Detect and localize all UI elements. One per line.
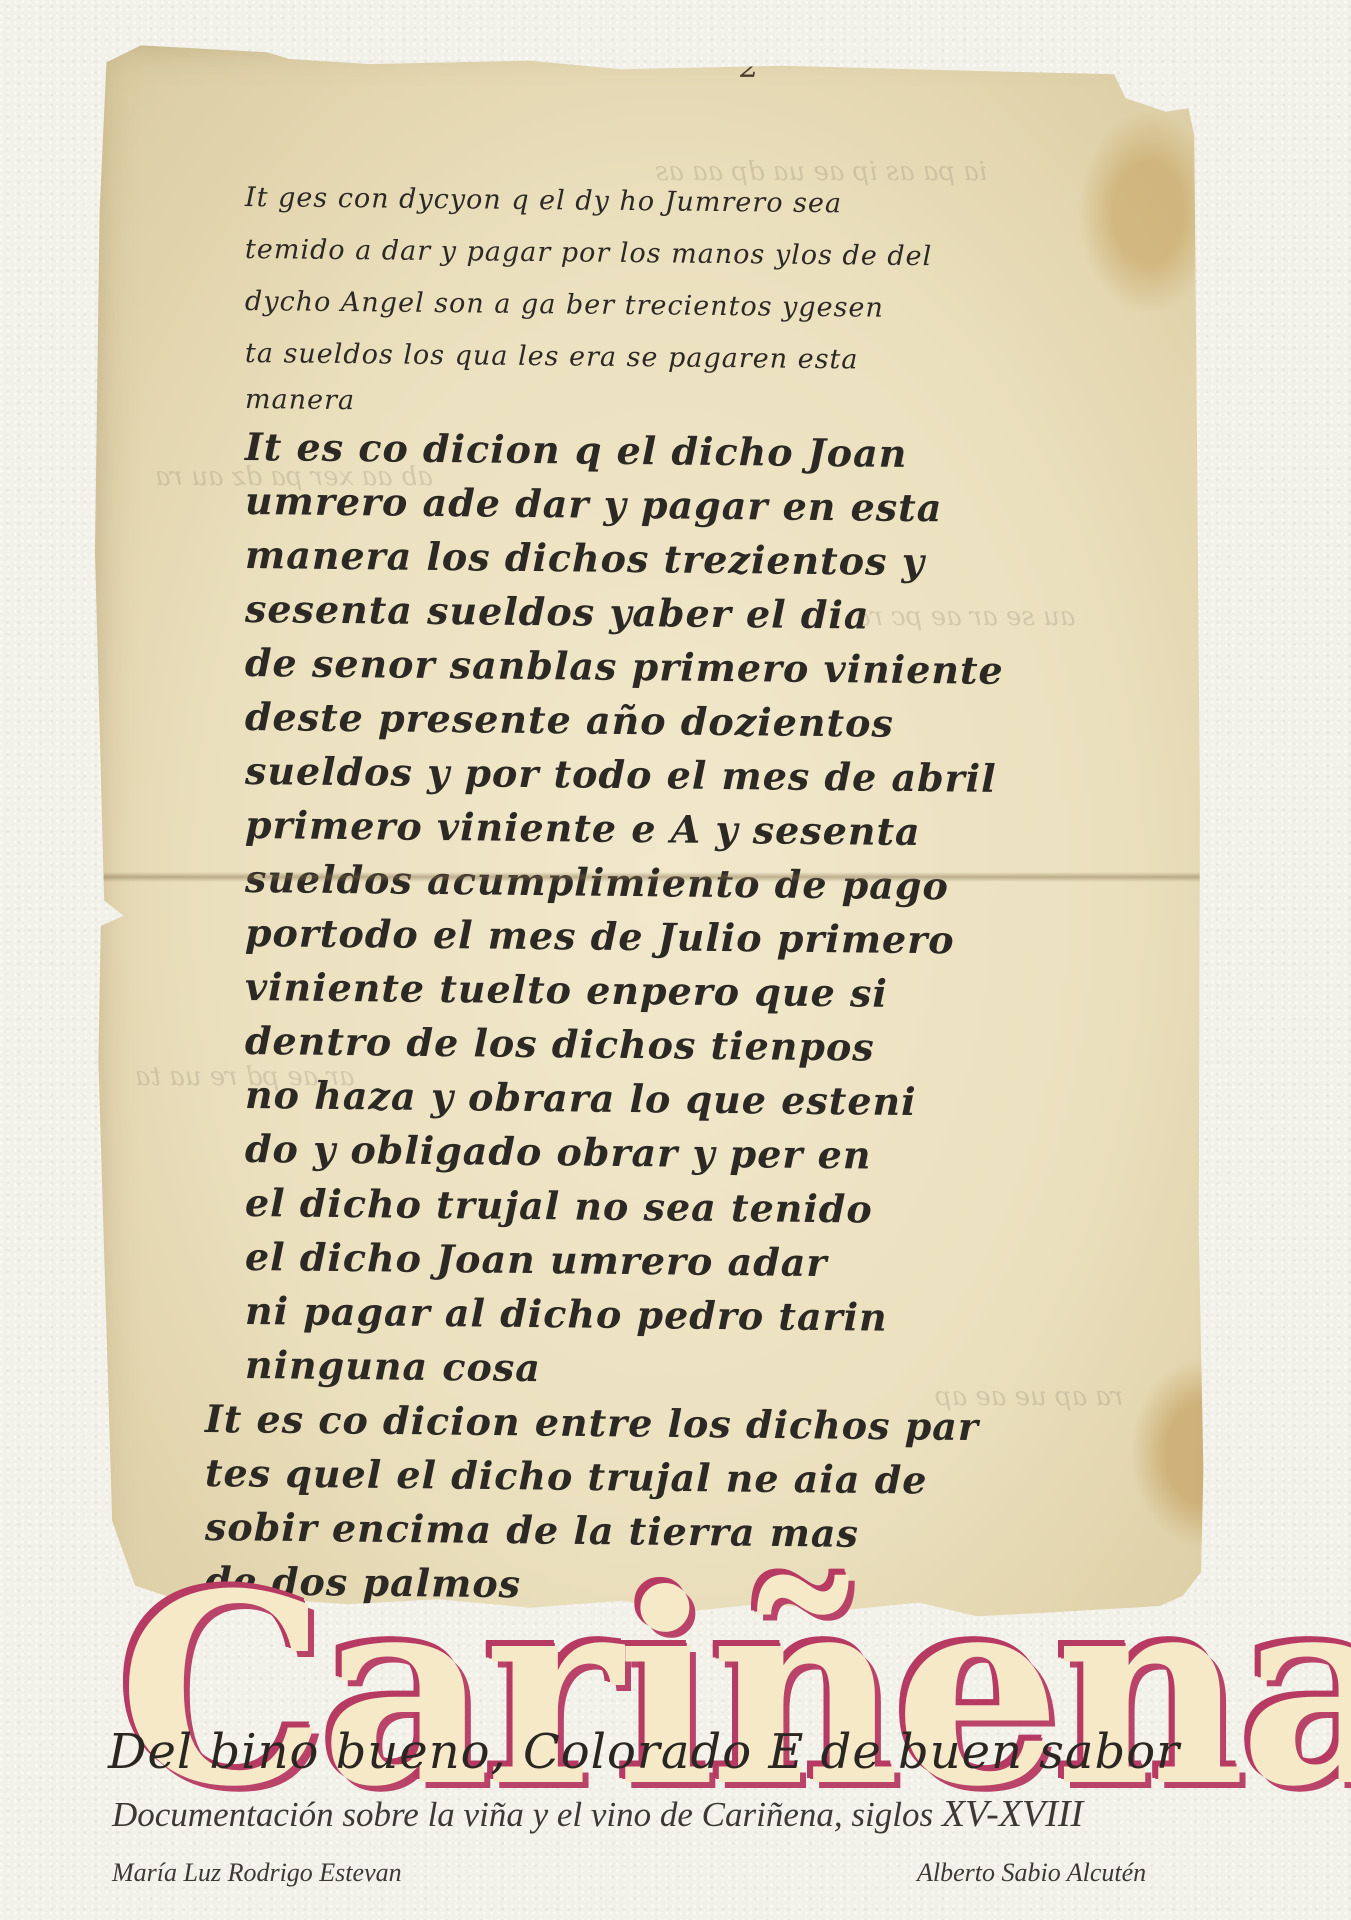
cover-subtitle: Documentación sobre la viña y el vino de… [112,1792,1083,1836]
manuscript-line: primero viniente e A y sesenta [245,798,1186,862]
cover-tagline: Del bino bueno, Colorado E de buen sabor [108,1724,1180,1780]
manuscript-line: el dicho trujal no sea tenido [245,1176,1186,1240]
manuscript-page: ia pa as ip ae ua dp aa as ab aa xer pa … [95,42,1240,1742]
manuscript-line: sueldos y por todo el mes de abril [245,744,1186,808]
manuscript-line: de senor sanblas primero viniente [245,636,1186,700]
subtitle-centuries: XV-XVIII [942,1793,1083,1835]
subtitle-text: Documentación sobre la viña y el vino de… [112,1795,942,1834]
folio-number: 2 [740,50,759,85]
manuscript-line: umrero ade dar y pagar en esta [245,474,1186,538]
manuscript-line: deste presente año dozientos [245,690,1186,754]
manuscript-line: no haza y obrara lo que esteni [245,1068,1186,1132]
manuscript-line: portodo el mes de Julio primero [245,906,1186,970]
manuscript-line: It es co dicion q el dicho Joan [245,420,1186,484]
manuscript-line: manera los dichos trezientos y [245,528,1186,592]
manuscript-line: sesenta sueldos yaber el dia [245,582,1186,646]
manuscript-line: el dicho Joan umrero adar [245,1230,1186,1294]
author-name: María Luz Rodrigo Estevan [112,1858,402,1888]
manuscript-line: sueldos acumplimiento de pago [245,852,1186,916]
manuscript-line: viniente tuelto enpero que si [245,960,1186,1024]
manuscript-text: It ges con dycyon q el dy ho Jumrero sea… [245,172,1185,1660]
manuscript-line: ni pagar al dicho pedro tarin [245,1284,1186,1348]
manuscript-line: do y obligado obrar y per en [245,1122,1186,1186]
manuscript-line: dentro de los dichos tienpos [245,1014,1186,1078]
manuscript-line: ninguna cosa [245,1338,1186,1402]
author-name: Alberto Sabio Alcutén [917,1858,1146,1888]
